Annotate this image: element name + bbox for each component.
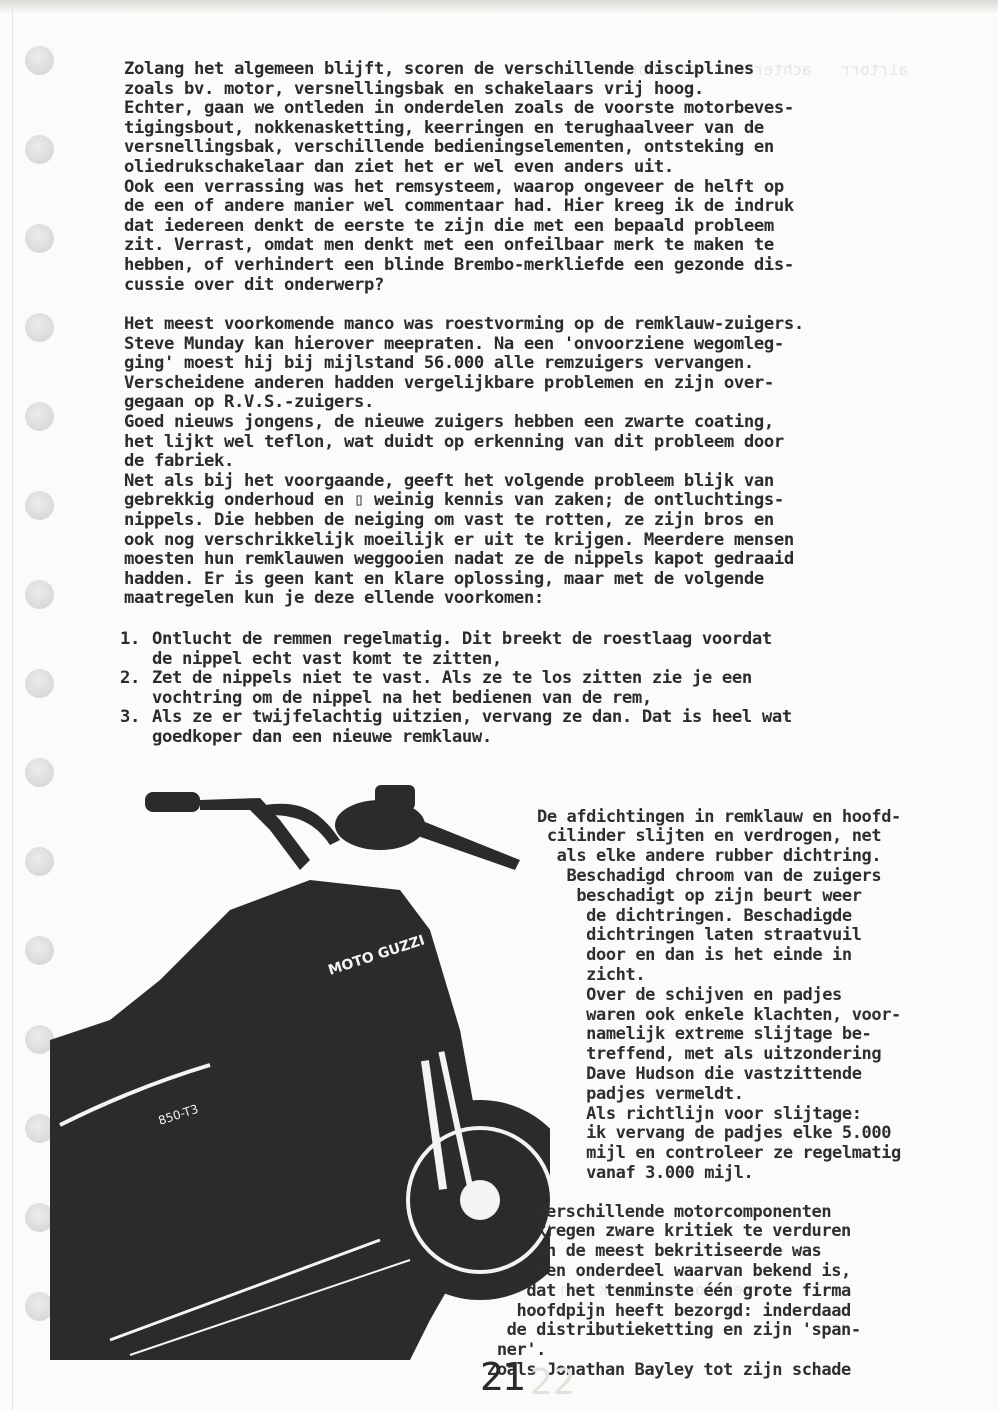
- ghost-page-number: 22: [530, 1362, 576, 1403]
- binding-hole: [25, 224, 54, 253]
- text-line: Verschillende motorcomponenten: [487, 1203, 861, 1223]
- right-column-text: De afdichtingen in remklauw en hoofd- ci…: [537, 768, 901, 1204]
- list-text: Zet de nippels niet te vast. Als ze te l…: [152, 669, 752, 708]
- text-line: de distributieketting en zijn 'span-: [487, 1321, 861, 1341]
- binding-hole: [25, 46, 54, 75]
- text-line: en de meest bekritiseerde was: [487, 1242, 861, 1262]
- list-text: Ontlucht de remmen regelmatig. Dit breek…: [152, 630, 772, 669]
- list-item: 1.Ontlucht de remmen regelmatig. Dit bre…: [120, 630, 980, 669]
- text-line: dat het tenminste één grote firma: [487, 1282, 861, 1302]
- text-line: zicht.: [537, 966, 901, 986]
- text-line: hoofdpijn heeft bezorgd: inderdaad: [487, 1302, 861, 1322]
- text-line: De afdichtingen in remklauw en hoofd-: [537, 808, 901, 828]
- text-line: waren ook enkele klachten, voor-: [537, 1006, 901, 1026]
- text-line: Over de schijven en padjes: [537, 986, 901, 1006]
- paragraph-text: Zolang het algemeen blijft, scoren de ve…: [124, 60, 984, 295]
- text-line: padjes vermeldt.: [537, 1085, 901, 1105]
- text-line: ner'.: [487, 1341, 861, 1361]
- paragraph-brakes: Het meest voorkomende manco was roestvor…: [124, 315, 984, 609]
- text-line: Beschadigd chroom van de zuigers: [537, 867, 901, 887]
- paragraph-intro: Zolang het algemeen blijft, scoren de ve…: [124, 60, 984, 295]
- list-item: 3.Als ze er twijfelachtig uitzien, verva…: [120, 708, 980, 747]
- binding-hole: [25, 491, 54, 520]
- text-line: ik vervang de padjes elke 5.000: [537, 1124, 901, 1144]
- binding-hole: [25, 580, 54, 609]
- text-line: als elke andere rubber dichtring.: [537, 847, 901, 867]
- numbered-list: 1.Ontlucht de remmen regelmatig. Dit bre…: [120, 630, 980, 748]
- text-line: mijl en controleer ze regelmatig: [537, 1144, 901, 1164]
- text-line: namelijk extreme slijtage be-: [537, 1025, 901, 1045]
- binding-hole: [25, 313, 54, 342]
- text-line: Als richtlijn voor slijtage:: [537, 1105, 901, 1125]
- text-line: treffend, met als uitzondering: [537, 1045, 901, 1065]
- binding-hole: [25, 402, 54, 431]
- paragraph-text: Het meest voorkomende manco was roestvor…: [124, 315, 984, 609]
- list-number: 2.: [120, 669, 152, 708]
- text-line: kregen zware kritiek te verduren: [487, 1222, 861, 1242]
- list-text: Als ze er twijfelachtig uitzien, vervang…: [152, 708, 792, 747]
- list-item: 2.Zet de nippels niet te vast. Als ze te…: [120, 669, 980, 708]
- text-line: cilinder slijten en verdrogen, net: [537, 827, 901, 847]
- text-line: beschadigt op zijn beurt weer: [537, 887, 901, 907]
- binding-hole: [25, 135, 54, 164]
- text-line: Dave Hudson die vastzittende: [537, 1065, 901, 1085]
- text-line: dichtringen laten straatvuil: [537, 926, 901, 946]
- text-line: een onderdeel waarvan bekend is,: [487, 1262, 861, 1282]
- list-number: 3.: [120, 708, 152, 747]
- list-number: 1.: [120, 630, 152, 669]
- scan-top-edge: [0, 0, 998, 14]
- motorcycle-photo: MOTO GUZZI 850-T3: [50, 780, 550, 1360]
- text-line: de dichtringen. Beschadigde: [537, 907, 901, 927]
- text-line: door en dan is het einde in: [537, 946, 901, 966]
- page-margin-line: [12, 0, 13, 1410]
- page-number: 21: [480, 1355, 524, 1399]
- binding-hole: [25, 669, 54, 698]
